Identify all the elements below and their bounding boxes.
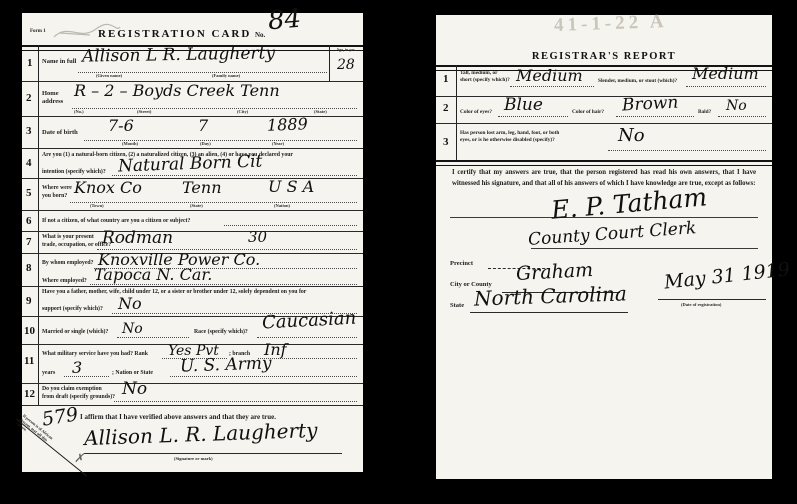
dotted-line [114,401,357,402]
where-born-label-line2: you born? [42,193,67,200]
dotted-line [616,116,694,117]
row-home-address: 2 Home address R – 2 – Boyds Creek Tenn … [22,81,363,117]
ruled-line [531,248,758,249]
row-number: 10 [24,325,35,337]
row-name: 1 Name in full Allison L R. Laugherty (G… [22,45,363,81]
no-sublabel: (No.) [74,109,84,114]
row-number: 12 [24,388,35,400]
row-where-born: 5 Where were you born? Knox Co Tenn U S … [22,178,363,211]
city-county-value: Graham [516,261,594,284]
disability-label-line1: Has person lost arm, leg, hand, foot, or… [460,130,559,137]
born-town-value: Knox Co [74,180,142,196]
signature-line [84,453,342,454]
height-label-line2: short (specify which)? [460,77,510,84]
row-number: 11 [24,355,34,367]
state-value: North Carolina [474,283,627,308]
military-rank-label: What military service have you had? Rank [42,351,148,358]
dotted-line [498,116,568,117]
eyes-label: Color of eyes? [460,109,492,116]
disability-label-line2: eyes, or is he otherwise disabled (speci… [460,137,555,144]
dotted-line [510,86,594,87]
military-years-label: years [42,370,55,377]
citizenship-value: Natural Born Cit [118,153,263,175]
married-value: No [122,322,143,336]
trade-label-line1: What is your present [42,234,94,241]
row-build: 1 Tall, medium, or short (specify which)… [436,65,772,96]
race-label: Race (specify which)? [194,329,248,336]
dob-year-value: 1889 [267,116,308,133]
serial-number: 579 [41,405,80,429]
row-number: 2 [26,92,32,104]
row-number: 9 [26,295,32,307]
race-value: Caucasian [262,310,357,333]
military-years-value: 3 [72,360,82,376]
born-state-value: Tenn [182,180,222,196]
row-number: 3 [26,125,32,137]
form-number-label: Form 1 [30,29,46,35]
height-value: Medium [516,68,583,84]
dotted-line [608,150,766,151]
signature-sublabel: (Signature or mark) [174,456,213,461]
row-date-of-birth: 3 Date of birth 7-6 7 1889 (Month) (Day)… [22,116,363,149]
signature-section: 579 I affirm that I have verified above … [22,405,363,473]
dob-label: Date of birth [42,129,78,137]
where-employed-value: Tapoca N. Car. [94,267,212,283]
age-value: 28 [337,58,355,72]
report-title: REGISTRAR'S REPORT [436,51,772,62]
state-line [470,312,628,313]
hair-value: Brown [622,95,679,115]
registrars-report-card: 41-1-22 A REGISTRAR'S REPORT 1 Tall, med… [436,15,772,479]
trade-value: Rodman [102,230,173,247]
dotted-line [718,116,766,117]
date-sublabel: (Date of registration) [681,302,721,307]
street-sublabel: (Street) [137,109,151,114]
row-number: 8 [26,262,32,274]
registrant-signature: Allison L. R. Laugherty [84,420,318,448]
hair-label: Color of hair? [572,109,604,116]
not-citizen-label: If not a citizen, of what country are yo… [42,218,190,225]
build-label: Slender, medium, or stout (which)? [598,78,677,85]
dob-month-value: 7-6 [108,118,134,134]
home-address-label: Home address [42,90,76,106]
row-military-service: 11 What military service have you had? R… [22,344,363,384]
family-name-sublabel: (Family name) [212,73,240,78]
file-number-stamp: 41-1-22 A [554,11,668,37]
registration-card: Form 1 REGISTRATION CARD No. 84 1 Name i… [22,13,363,472]
dotted-line [90,284,357,285]
row-number: 4 [26,157,32,169]
certification-text: I certify that my answers are true, that… [452,168,756,189]
employer-label: By whom employed? [42,260,94,267]
date-line [658,299,766,300]
where-born-label-line1: Where were [42,185,72,192]
year-sublabel: (Year) [272,141,284,146]
dotted-line [64,376,109,377]
state-sublabel: (State) [190,203,203,208]
disability-value: No [618,127,645,145]
dependents-label-line2: support (specify which)? [42,306,103,313]
card-no-value: 84 [267,6,302,35]
section-rule [436,160,772,166]
dotted-line [170,376,357,377]
trade-wage-value: 30 [248,230,267,245]
dob-day-value: 7 [198,118,208,134]
married-label: Married or single (which)? [42,329,108,336]
row-exemption: 12 Do you claim exemption from draft (sp… [22,383,363,406]
age-box-rule [329,45,330,81]
row-number: 7 [26,236,32,248]
name-value: Allison L R. Laugherty [82,45,275,65]
eyes-value: Blue [504,97,543,114]
dotted-line [224,225,357,226]
height-label-line1: Tall, medium, or [460,70,497,77]
row-number: 1 [27,57,33,69]
dotted-line [117,337,189,338]
citizenship-label-line2: intention (specify which)? [42,169,106,176]
dependents-label-line1: Have you a father, mother, wife, child u… [42,289,306,296]
town-sublabel: (Town) [90,203,104,208]
exemption-label-line1: Do you claim exemption [42,386,102,393]
dotted-line [70,202,357,203]
bald-value: No [726,99,747,113]
registration-date-value: May 31 1919 [663,260,790,292]
dotted-line [257,337,357,338]
row-number: 5 [26,187,32,199]
state-label: State [450,302,464,310]
row-disability: 3 Has person lost arm, leg, hand, foot, … [436,123,772,160]
row-employer: 8 By whom employed? Knoxville Power Co. … [22,253,363,287]
scan-background: { "left_card": { "form_label": "Form 1",… [0,0,797,504]
day-sublabel: (Day) [200,141,211,146]
row-eyes-hair: 2 Color of eyes? Blue Color of hair? Bro… [436,96,772,123]
dotted-line [686,86,766,87]
pencil-mark: ✗ [74,452,84,464]
row-number: 3 [443,136,449,148]
build-value: Medium [692,66,759,82]
row-number: 6 [26,215,32,227]
row-married-race: 10 Married or single (which)? No Race (s… [22,316,363,345]
name-label: Name in full [42,58,76,66]
card-no-label: No. [255,31,265,40]
military-nation-label: ; Nation or State [112,370,153,377]
where-employed-label: Where employed? [42,278,87,285]
dependents-value: No [118,296,142,312]
age-label: Age, in yrs. [332,47,360,52]
born-nation-value: U S A [268,179,314,195]
city-sublabel: (City) [237,109,248,114]
home-address-value: R – 2 – Boyds Creek Tenn [74,83,280,99]
row-number: 2 [443,102,449,114]
state-sublabel: (State) [314,109,327,114]
month-sublabel: (Month) [122,141,138,146]
precinct-label: Precinct [450,260,473,268]
exemption-value: No [122,381,147,398]
military-nation-value: U. S. Army [180,355,272,375]
nation-sublabel: (Nation) [274,203,290,208]
row-citizenship: 4 Are you (1) a natural-born citizen, (2… [22,148,363,179]
given-name-sublabel: (Given name) [96,73,122,78]
card-title: REGISTRATION CARD [98,28,251,40]
row-not-citizen: 6 If not a citizen, of what country are … [22,210,363,232]
row-number: 1 [443,73,449,85]
bald-label: Bald? [698,109,711,116]
exemption-label-line2: from draft (specify grounds)? [42,394,115,401]
